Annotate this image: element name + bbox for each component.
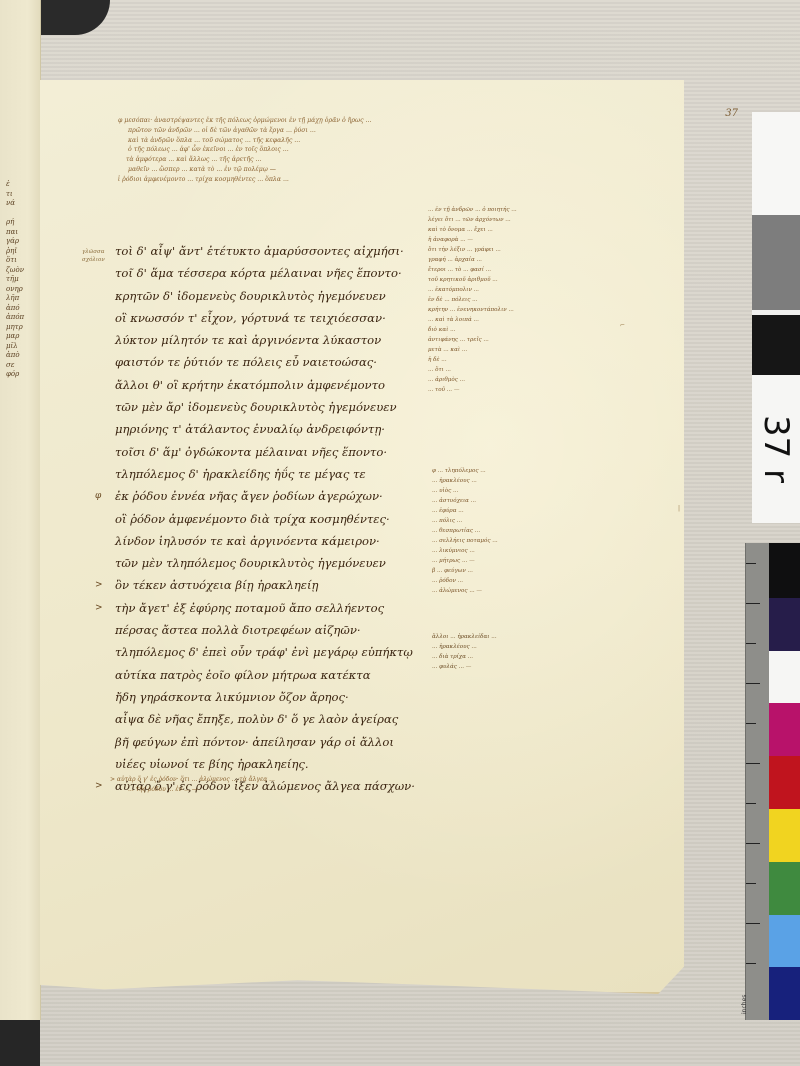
commentary-line: τὰ ἀμφότερα ... καὶ ἄλλως ... τῆς ἀρετῆς…	[118, 155, 658, 165]
scholia-line: κρήτην ... ἐνενηκοντάπολιν ...	[428, 305, 618, 315]
scholia-line: ἡ δὲ ...	[428, 355, 618, 365]
scholia-line: ... μήτρως ... —	[432, 556, 622, 566]
scholia-line: ἐν δὲ ... πόλεις ...	[428, 295, 618, 305]
text-line: τοῖσι δ' ἅμ' ὀγδώκοντα μέλαιναι νῆες ἕπο…	[115, 441, 445, 463]
text-line: φαιστόν τε ῥύτιόν τε πόλεις εὖ ναιετοώσα…	[115, 351, 445, 373]
bottom-note-line: ... τῆς ῥόδου ... ἐν ... —	[110, 785, 650, 795]
line-marker: φ	[95, 485, 101, 507]
text-line: >ὃν τέκεν ἀστυόχεια βίῃ ἡρακληείῃ	[115, 574, 445, 596]
line-text: λίνδον ἰηλυσόν τε καὶ ἀργινόεντα κάμειρο…	[115, 534, 380, 548]
folio-label-text: 37 r	[756, 415, 796, 483]
scholia-line: γραφή ... ἀρχαία ...	[428, 255, 618, 265]
line-marker: >	[95, 597, 103, 619]
scholia-line: ἡ ἀναφορὰ ... —	[428, 235, 618, 245]
color-bar-green	[769, 862, 800, 915]
line-text: τληπόλεμος δ' ἐπεὶ οὖν τράφ' ἐνὶ μεγάρῳ …	[115, 645, 413, 659]
right-scholia-block: ... ἐν τῇ ἀνδρῶν ... ὁ ποιητής ... λέγει…	[428, 205, 618, 395]
scholia-line: ... ἑκατόμπολιν ...	[428, 285, 618, 295]
scholia-line: διὸ καὶ ...	[428, 325, 618, 335]
commentary-line: ὁ τῆς πόλεως ... ἀφ' ὧν ἐκεῖνοι ... ἐν τ…	[118, 145, 658, 155]
right-scholia-block: ἄλλοι ... ἡρακλείδαι ... ... ἡρακλέους .…	[432, 632, 602, 672]
color-bar-light-blue	[769, 915, 800, 967]
scholia-line: ὅτι τὴν λέξιν ... γράφει ...	[428, 245, 618, 255]
folio-label-card: 37 r	[752, 375, 800, 523]
scholia-line: ... υἱὸς ...	[432, 486, 622, 496]
scholia-line: ... πόλις ...	[432, 516, 622, 526]
text-line: βῆ φεύγων ἐπὶ πόντον· ἀπείλησαν γάρ οἱ ἄ…	[115, 731, 445, 753]
scholia-line: καὶ τὸ ὄνομα ... ἔχει ...	[428, 225, 618, 235]
target-patch-white	[752, 112, 800, 215]
text-line: τῶν μὲν τληπόλεμος δουρικλυτὸς ἡγεμόνευε…	[115, 552, 445, 574]
scholia-line: φ ... τληπόλεμος ...	[432, 466, 622, 476]
text-line: αὐτίκα πατρὸς ἑοῖο φίλον μήτρωα κατέκτα	[115, 664, 445, 686]
color-bar-black	[769, 543, 800, 598]
line-text: μηριόνης τ' ἀτάλαντος ἐνυαλίῳ ἀνδρειφόντ…	[115, 422, 385, 436]
text-line: τληπόλεμος δ' ἡρακλείδης ἠΰς τε μέγας τε	[115, 463, 445, 485]
text-line: ἄλλοι θ' οἳ κρήτην ἑκατόμπολιν ἀμφενέμον…	[115, 374, 445, 396]
line-text: τὴν ἄγετ' ἐξ ἐφύρης ποταμοῦ ἄπο σελλήεντ…	[115, 601, 384, 615]
scholia-line: ... διὰ τρίχα ...	[432, 652, 602, 662]
ruler-unit-label: inches	[741, 995, 748, 1014]
main-text-block: τοὶ δ' αἶψ' ἄντ' ἐτέτυκτο ἀμαρύσσοντες α…	[115, 240, 445, 797]
line-text: βῆ φεύγων ἐπὶ πόντον· ἀπείλησαν γάρ οἱ ἄ…	[115, 735, 394, 749]
previous-leaf-edge: ἐ τι νά ρή παι γάρ ῥηϊ ὅτι ζωὸν τῆμ ονηρ…	[0, 0, 41, 1020]
text-line: οἳ κνωσσόν τ' εἶχον, γόρτυνά τε τειχιόεσ…	[115, 307, 445, 329]
margin-mark: ⌐	[620, 322, 625, 329]
text-line: λίνδον ἰηλυσόν τε καὶ ἀργινόεντα κάμειρο…	[115, 530, 445, 552]
scholia-line: ... τοῦ ... —	[428, 385, 618, 395]
scholia-line: τοῦ κρητικοῦ ἀριθμοῦ ...	[428, 275, 618, 285]
text-line: πέρσας ἄστεα πολλὰ διοτρεφέων αἰζηῶν·	[115, 619, 445, 641]
line-text: ἤδη γηράσκοντα λικύμνιον ὄζον ἄρηος·	[115, 690, 349, 704]
commentary-line: καὶ τὰ ἀνδρῶν ὅπλα ... τοῦ σώματος ... τ…	[118, 136, 658, 146]
line-text: κρητῶν δ' ἰδομενεὺς δουρικλυτὸς ἡγεμόνευ…	[115, 289, 386, 303]
line-text: οἳ ῥόδον ἀμφενέμοντο διὰ τρίχα κοσμηθέντ…	[115, 512, 390, 526]
folio-number: 37	[725, 108, 738, 119]
text-line: οἳ ῥόδον ἀμφενέμοντο διὰ τρίχα κοσμηθέντ…	[115, 508, 445, 530]
color-bar-magenta	[769, 703, 800, 756]
target-patch-gray	[752, 215, 800, 310]
line-text: τοὶ δ' αἶψ' ἄντ' ἐτέτυκτο ἀμαρύσσοντες α…	[115, 244, 404, 258]
text-line: >τὴν ἄγετ' ἐξ ἐφύρης ποταμοῦ ἄπο σελλήεν…	[115, 597, 445, 619]
scholia-line: β ... φεύγων ...	[432, 566, 622, 576]
line-text: αἶψα δὲ νῆας ἔπηξε, πολὺν δ' ὅ γε λαὸν ἀ…	[115, 712, 398, 726]
commentary-line: πρῶτον τῶν ἀνδρῶν ... οἱ δὲ τῶν ἀγαθῶν τ…	[118, 126, 658, 136]
scholia-line: λέγει ὅτι ... τῶν ἀρχόντων ...	[428, 215, 618, 225]
scholia-line: ... ἡρακλέους ...	[432, 476, 622, 486]
line-text: τῶν μὲν ἄρ' ἰδομενεὺς δουρικλυτὸς ἡγεμόν…	[115, 400, 397, 414]
scholia-line: ... φυλάς ... —	[432, 662, 602, 672]
line-marker: >	[95, 574, 103, 596]
previous-leaf-text: ἐ τι νά ρή παι γάρ ῥηϊ ὅτι ζωὸν τῆμ ονηρ…	[6, 180, 38, 380]
text-line: τληπόλεμος δ' ἐπεὶ οὖν τράφ' ἐνὶ μεγάρῳ …	[115, 641, 445, 663]
line-text: αὐτίκα πατρὸς ἑοῖο φίλον μήτρωα κατέκτα	[115, 668, 371, 682]
scholia-line: ἄλλοι ... ἡρακλείδαι ...	[432, 632, 602, 642]
margin-mark: |	[678, 505, 680, 512]
scale-ruler: inches	[745, 543, 770, 1020]
scholia-line: ... ῥόδον ...	[432, 576, 622, 586]
line-text: τῶν μὲν τληπόλεμος δουρικλυτὸς ἡγεμόνευε…	[115, 556, 386, 570]
commentary-line: φ μεσόπαι· ἀναστρέψαντες ἐκ τῆς πόλεως ὁ…	[118, 116, 658, 126]
target-patch-black	[752, 315, 800, 375]
scholia-line: ... ὅτι ...	[428, 365, 618, 375]
text-line: τῶν μὲν ἄρ' ἰδομενεὺς δουρικλυτὸς ἡγεμόν…	[115, 396, 445, 418]
line-text: λύκτον μίλητόν τε καὶ ἀργινόεντα λύκαστο…	[115, 333, 381, 347]
commentary-line: μαθεῖν ... ὥσπερ ... κατὰ τὸ ... ἐν τῷ π…	[118, 165, 658, 175]
scholia-line: ἕτεροι ... τὸ ... φασί ...	[428, 265, 618, 275]
scholia-line: ... ἀλώμενος ... —	[432, 586, 622, 596]
commentary-line: οἱ ῥόδιοι ἀμφενέμοντο ... τρίχα κοσμηθέν…	[118, 175, 658, 185]
scholia-line: ... ἀριθμὸς ...	[428, 375, 618, 385]
text-line: κρητῶν δ' ἰδομενεὺς δουρικλυτὸς ἡγεμόνευ…	[115, 285, 445, 307]
text-line: μηριόνης τ' ἀτάλαντος ἐνυαλίῳ ἀνδρειφόντ…	[115, 418, 445, 440]
line-text: φαιστόν τε ῥύτιόν τε πόλεις εὖ ναιετοώσα…	[115, 355, 377, 369]
scholia-line: μετὰ ... καὶ ...	[428, 345, 618, 355]
text-line: αἶψα δὲ νῆας ἔπηξε, πολὺν δ' ὅ γε λαὸν ἀ…	[115, 708, 445, 730]
top-commentary: φ μεσόπαι· ἀναστρέψαντες ἐκ τῆς πόλεως ὁ…	[118, 116, 658, 185]
gloss-line: γλῶσσα	[82, 248, 105, 256]
gloss-line: σχόλιον	[82, 256, 105, 264]
color-bar-navy-purple	[769, 598, 800, 651]
line-text: τοῖσι δ' ἅμ' ὀγδώκοντα μέλαιναι νῆες ἕπο…	[115, 445, 387, 459]
scholia-line: ... ἐφύρα ...	[432, 506, 622, 516]
scholia-line: ... θεσπρωτίας ...	[432, 526, 622, 536]
left-margin-gloss: γλῶσσα σχόλιον	[82, 248, 105, 264]
line-text: ἄλλοι θ' οἳ κρήτην ἑκατόμπολιν ἀμφενέμον…	[115, 378, 385, 392]
color-bar-dark-blue	[769, 967, 800, 1020]
text-line: λύκτον μίλητόν τε καὶ ἀργινόεντα λύκαστο…	[115, 329, 445, 351]
line-text: τοῖ δ' ἅμα τέσσερα κόρτα μέλαιναι νῆες ἕ…	[115, 266, 402, 280]
text-line: φἐκ ῥόδου ἐννέα νῆας ἄγεν ῥοδίων ἀγερώχω…	[115, 485, 445, 507]
right-scholia-block: φ ... τληπόλεμος ... ... ἡρακλέους ... .…	[432, 466, 622, 596]
bottom-commentary: > αὐτὰρ ὅ γ' ἐς ῥόδον· ὅτι ... ἀλώμενος …	[110, 775, 650, 795]
scholia-line: ... καὶ τὰ λοιπά ...	[428, 315, 618, 325]
scholia-line: ... ἀστυόχεια ...	[432, 496, 622, 506]
scholia-line: ... ἐν τῇ ἀνδρῶν ... ὁ ποιητής ...	[428, 205, 618, 215]
color-bar-white	[769, 651, 800, 703]
line-marker: >	[95, 775, 103, 797]
scholia-line: ... λικύμνιος ...	[432, 546, 622, 556]
scholia-line: ἀντιφάνης ... τρεῖς ...	[428, 335, 618, 345]
line-text: ὃν τέκεν ἀστυόχεια βίῃ ἡρακληείῃ	[115, 578, 318, 592]
text-line: ἤδη γηράσκοντα λικύμνιον ὄζον ἄρηος·	[115, 686, 445, 708]
color-bar-yellow	[769, 809, 800, 862]
text-line: τοῖ δ' ἅμα τέσσερα κόρτα μέλαιναι νῆες ἕ…	[115, 262, 445, 284]
text-line: τοὶ δ' αἶψ' ἄντ' ἐτέτυκτο ἀμαρύσσοντες α…	[115, 240, 445, 262]
scholia-line: ... σελλήεις ποταμός ...	[432, 536, 622, 546]
line-text: υἱέες υἱωνοί τε βίης ἡρακληείης.	[115, 757, 309, 771]
line-text: τληπόλεμος δ' ἡρακλείδης ἠΰς τε μέγας τε	[115, 467, 366, 481]
color-bar-red	[769, 756, 800, 809]
scholia-line: ... ἡρακλέους ...	[432, 642, 602, 652]
bottom-note-line: > αὐτὰρ ὅ γ' ἐς ῥόδον· ὅτι ... ἀλώμενος …	[110, 775, 650, 785]
line-text: πέρσας ἄστεα πολλὰ διοτρεφέων αἰζηῶν·	[115, 623, 361, 637]
line-text: οἳ κνωσσόν τ' εἶχον, γόρτυνά τε τειχιόεσ…	[115, 311, 386, 325]
text-line: υἱέες υἱωνοί τε βίης ἡρακληείης.	[115, 753, 445, 775]
line-text: ἐκ ῥόδου ἐννέα νῆας ἄγεν ῥοδίων ἀγερώχων…	[115, 489, 383, 503]
